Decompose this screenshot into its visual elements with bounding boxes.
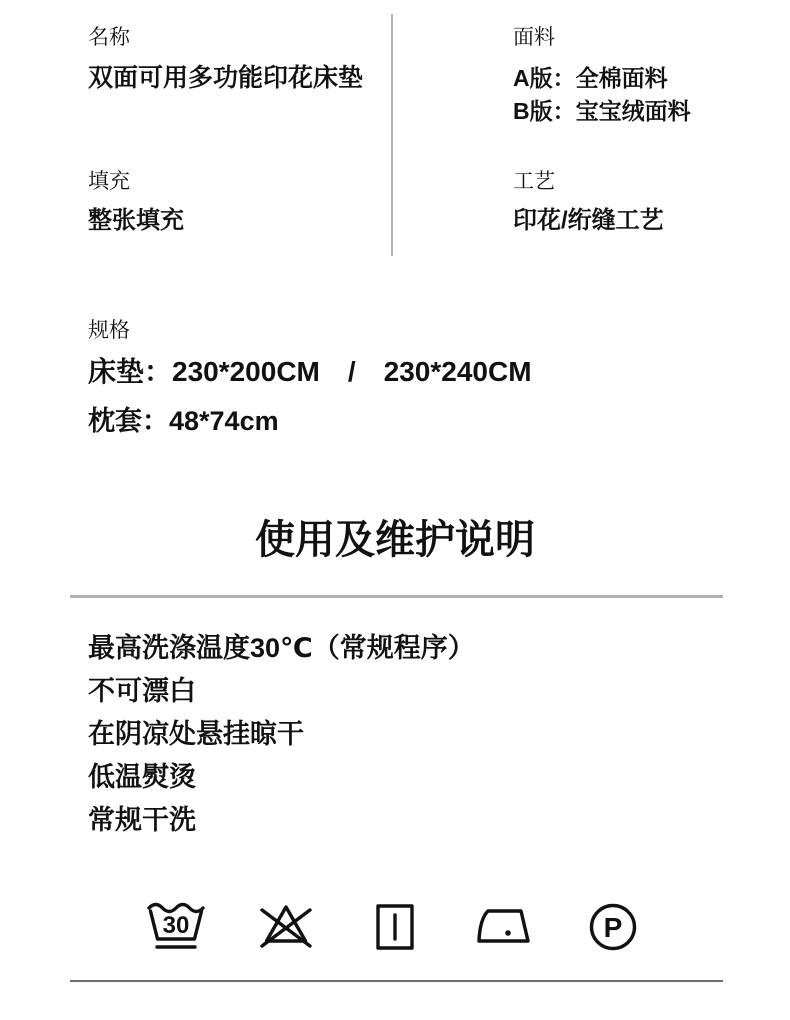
wash-30-icon: 30 (143, 896, 209, 960)
care-instruction: 常规干洗 (88, 799, 475, 842)
care-title-divider (70, 595, 723, 598)
craft-value: 印花/绗缝工艺 (513, 209, 664, 233)
product-spec-sheet: 名称 双面可用多功能印花床垫 填充 整张填充 面料 A版：全棉面料 B版：宝宝绒… (0, 0, 790, 1020)
fabric-side-b-value: B版：宝宝绒面料 (513, 95, 691, 128)
care-section-title: 使用及维护说明 (0, 520, 790, 560)
pillowcase-size-value: 枕套：48*74cm (88, 408, 279, 435)
care-instruction: 最高洗涤温度30℃（常规程序） (88, 627, 475, 670)
field-label-filling: 填充 (88, 171, 130, 192)
fabric-side-a-value: A版：全棉面料 (513, 62, 668, 95)
care-instruction: 不可漂白 (88, 670, 475, 713)
bottom-divider (70, 980, 723, 982)
svg-text:30: 30 (163, 912, 190, 939)
care-instructions-list: 最高洗涤温度30℃（常规程序） 不可漂白 在阴凉处悬挂晾干 低温熨烫 常规干洗 (88, 627, 475, 842)
line-dry-icon (363, 896, 427, 960)
care-instruction: 低温熨烫 (88, 756, 475, 799)
care-instruction: 在阴凉处悬挂晾干 (88, 713, 475, 756)
no-bleach-icon (254, 896, 318, 960)
field-label-size: 规格 (88, 320, 130, 341)
field-label-craft: 工艺 (513, 171, 555, 192)
filling-value: 整张填充 (88, 209, 184, 233)
product-name-value: 双面可用多功能印花床垫 (88, 66, 363, 91)
care-symbols-row: 30 P (143, 896, 645, 960)
mattress-size-value: 床垫：230*200CM / 230*240CM (88, 358, 532, 386)
iron-low-icon (472, 896, 536, 960)
dry-clean-p-icon: P (581, 896, 645, 960)
field-label-fabric: 面料 (513, 27, 555, 48)
svg-text:P: P (604, 912, 623, 943)
field-label-name: 名称 (88, 27, 130, 48)
column-divider (391, 14, 393, 256)
